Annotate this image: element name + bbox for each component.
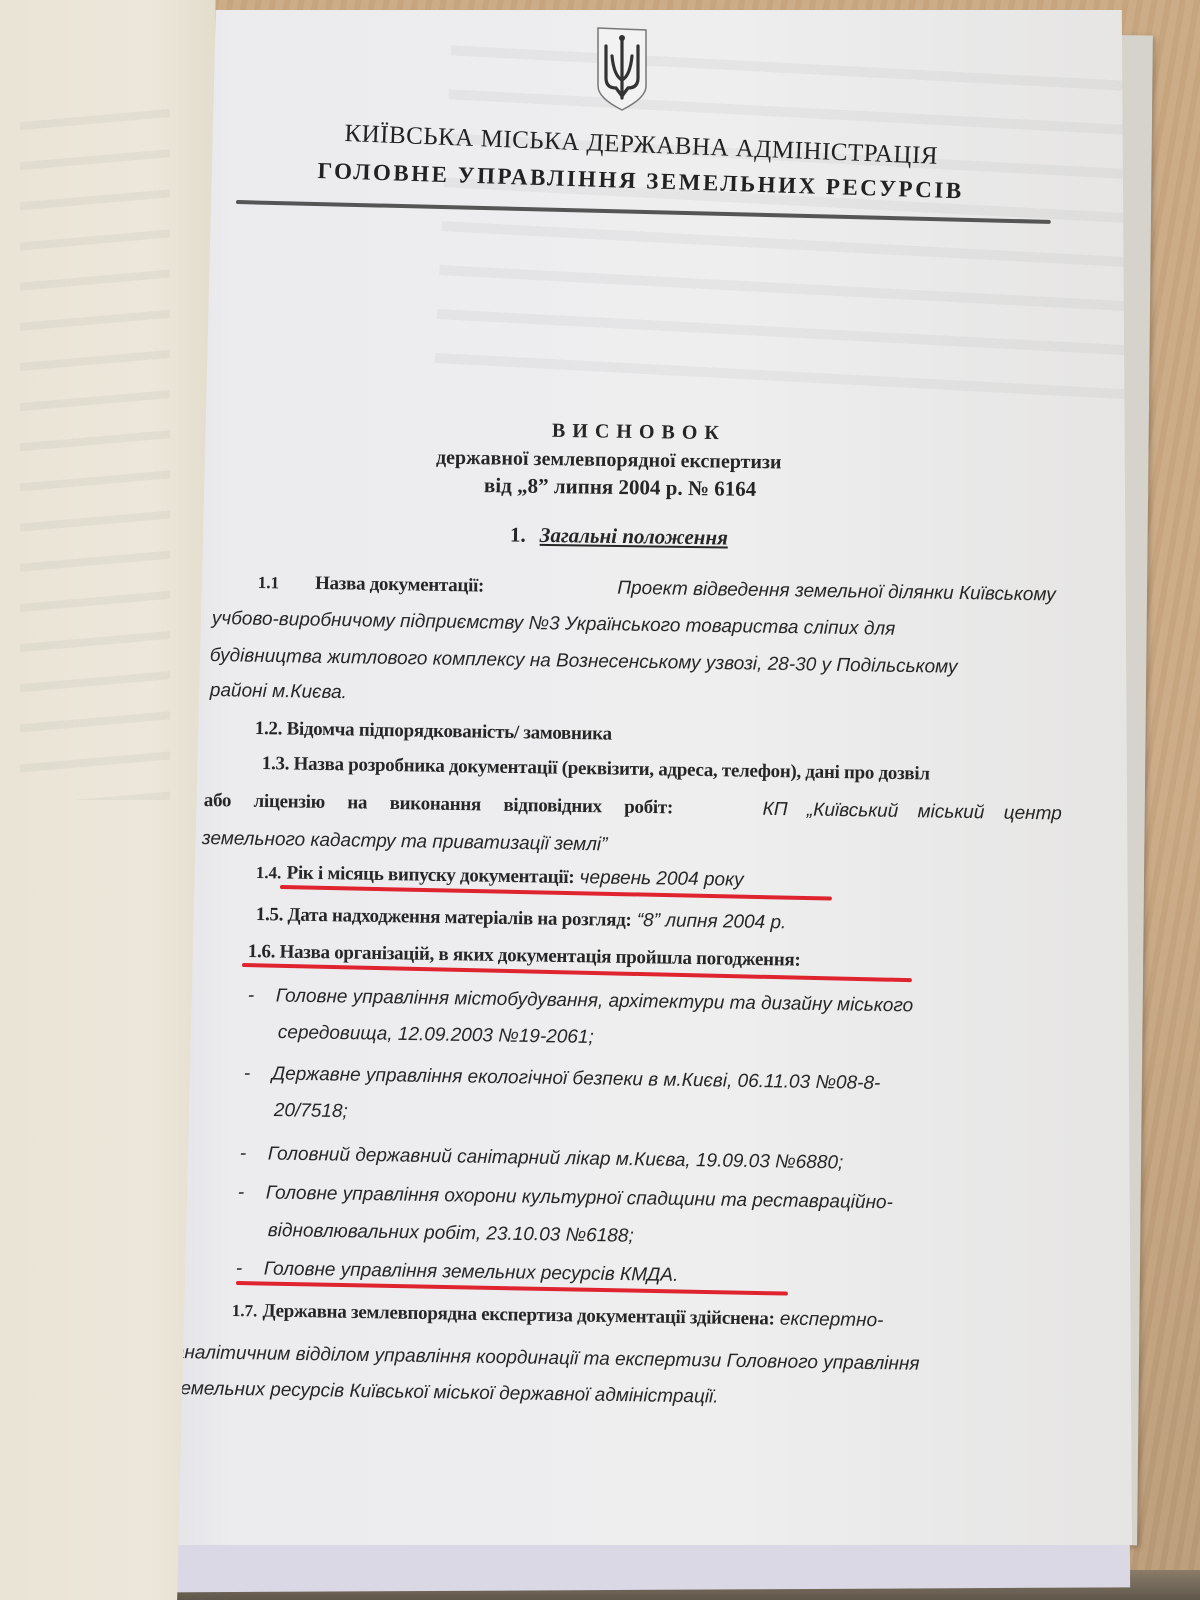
item-1-2-label: 1.2. Відомча підпорядкованість/ замовник… (255, 718, 612, 746)
tryzub-coat-of-arms-icon (594, 26, 650, 112)
item-1-3-label-line-2: або ліцензію на виконання відповідних ро… (204, 790, 673, 819)
section-title: Загальні положення (540, 523, 728, 550)
item-1-1-value: Проект відведення земельної ділянки Київ… (617, 578, 1056, 607)
approval-item-3-line-1: -Головний державний санітарний лікар м.К… (240, 1143, 844, 1174)
item-1-1-line-4: районі м.Києва. (210, 680, 347, 704)
document-subtitle: державної землевпорядної експертизи (436, 447, 782, 475)
section-heading: 1.Загальні положення (510, 522, 728, 550)
item-1-5: 1.5. Дата надходження матеріалів на розг… (256, 904, 787, 934)
section-number: 1. (510, 522, 526, 546)
item-1-3-line-2: або ліцензію на виконання відповідних ро… (204, 790, 1062, 825)
approval-item-4-line-1: -Головне управління охорони культурної с… (238, 1182, 893, 1214)
faded-text-lines (20, 100, 170, 800)
item-1-3-label-line-1: 1.3. Назва розробника документації (рекв… (262, 753, 930, 785)
item-1-5-value: “8” липня 2004 р. (637, 910, 787, 933)
item-1-7-value-line-3: земельних ресурсів Київської міської дер… (172, 1378, 719, 1409)
approval-item-4-line-2: відновлювальних робіт, 23.10.03 №6188; (268, 1220, 634, 1248)
item-1-4-number: 1.4. (256, 863, 282, 882)
item-1-7-label: Державна землевпорядна експертиза докуме… (262, 1300, 774, 1329)
item-1-5-label: 1.5. Дата надходження матеріалів на розг… (256, 904, 632, 931)
item-1-7-number: 1.7. (232, 1301, 258, 1320)
document-date-number: від „8” липня 2004 р. № 6164 (484, 473, 757, 502)
item-1-1-label: Назва документації: (315, 573, 484, 597)
item-1-7-value-line-2: аналітичним відділом управління координа… (174, 1342, 920, 1376)
item-1-1-line-1: 1.1Назва документації: Проект відведення… (258, 572, 1056, 607)
item-1-7-line-1: 1.7. Державна землевпорядна експертиза д… (232, 1300, 884, 1332)
header-divider (236, 200, 1051, 224)
item-1-1-number: 1.1 (258, 573, 280, 592)
approval-item-1-line-2: середовища, 12.09.2003 №19-2061; (278, 1022, 594, 1049)
approval-item-1-line-1: -Головне управління містобудування, архі… (248, 985, 914, 1017)
item-1-1-line-2: учбово-виробничому підприємству №3 Украї… (212, 608, 1058, 643)
item-1-4-label: Рік і місяць випуску документації: (286, 862, 574, 888)
item-1-4-value: червень 2004 року (579, 867, 743, 891)
document-title: ВИСНОВОК (552, 420, 726, 445)
item-1-7-value-line-1: експертно- (780, 1309, 884, 1332)
item-1-3-value-line-1: КП „Київський міський центр (762, 799, 1061, 826)
item-1-1-line-3: будівництва житлового комплексу на Возне… (210, 645, 1060, 680)
approval-item-2-line-2: 20/7518; (274, 1100, 348, 1123)
item-1-3-value-line-2: земельного кадастру та приватизації земл… (202, 828, 608, 856)
approval-item-2-line-1: -Державне управління екологічної безпеки… (244, 1063, 881, 1095)
